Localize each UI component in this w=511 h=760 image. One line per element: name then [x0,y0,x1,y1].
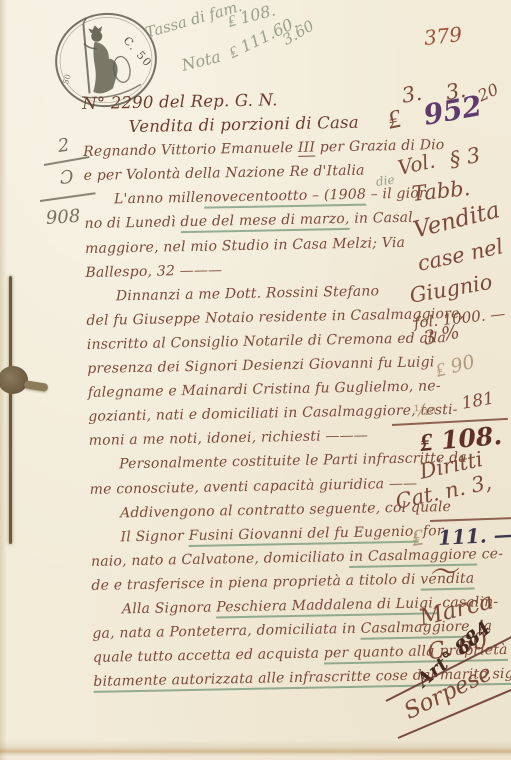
manuscript-text: me conosciute, aventi capacità giuridica… [89,475,417,497]
manuscript-text: de e trasferisce in piena proprietà a ti… [91,571,420,593]
manuscript-text: no di Lunedì [84,215,180,233]
manuscript-text: del fu Giuseppe Notaio residente in Casa… [86,306,464,329]
manuscript-text: de- [507,642,511,659]
margin-note: ¹⁄₁₀ [413,400,437,420]
margin-note: § 3 [448,145,482,171]
manuscript-text: inscritto al Consiglio Notarile di Cremo… [87,330,446,353]
manuscript-text: Ballespo, 32 ——— [85,262,222,281]
manuscript-text: Personalmente costituite le Parti infras… [119,450,467,473]
margin-date-month: Ɔ [59,169,75,188]
manuscript-underlined-text: III [298,140,316,157]
manuscript-text: ce- [477,546,503,562]
manuscript-text: maggiore, nel mio Studio in Casa Melzi; … [85,234,405,256]
manuscript-text: L'anno mille [114,190,204,208]
manuscript-underlined-text: due del mese di marzo, [180,211,350,233]
manuscript-text: Il Signor [120,528,188,545]
manuscript-text: Vendita di porzioni di Casa [128,113,358,136]
manuscript-text: moni a me noti, idonei, richiesti ——— [89,428,369,449]
pencil-note: Nota [180,49,222,74]
binding-thread [9,276,12,544]
manuscript-text: in Casal [349,210,413,227]
binding-thread-end [24,380,49,392]
manuscript-text: N° 2290 del Rep. G. N. [82,90,278,113]
manuscript-text: Dinnanzi a me Dott. Rossini Stefano [116,283,380,304]
margin-note: ₤ [410,527,425,551]
manuscript-text: naio, nato a Calvatone, domiciliato [91,549,350,570]
margin-note: 111. — [437,524,511,548]
page-number: 379 [423,24,463,48]
manuscript-text: presenza dei Signori Desienzi Giovanni f… [87,354,434,377]
stamp-side-text: 50 [61,73,73,85]
margin-date-day: 2 [57,136,71,155]
margin-note: die [375,173,395,187]
manuscript-text: quale tutto accetta ed acquista [93,646,324,666]
manuscript-text: falegname e Mainardi Cristina fu Gugliel… [88,378,441,401]
manuscript-text: e per Volontà della Nazione Re d'Italia [83,163,364,184]
scanned-notarial-deed-page: C. 50 50 Tassa di fam.₤ 108.3.60Nota₤ 11… [0,0,511,760]
photo-bottom-edge [0,740,511,760]
manuscript-underlined-text: Fusini Giovanni del fu Eugenio, [188,523,418,546]
stamp-figure-crown [88,24,103,33]
manuscript-text: Alla Signora [122,599,217,617]
margin-note: 3. [400,83,423,107]
manuscript-text: Regnando Vittorio Emanuele [83,140,298,160]
manuscript-underlined-text: novecentootto – (1908 [204,187,366,209]
margin-date-year: 908 [45,208,81,228]
margin-note: 〜 [426,557,459,590]
binding-knot [0,366,28,394]
manuscript-text: ga, nata a Ponteterra, domiciliata in [92,621,361,642]
manuscript-text: gozianti, nati e domiciliati in Casalmag… [88,402,458,425]
